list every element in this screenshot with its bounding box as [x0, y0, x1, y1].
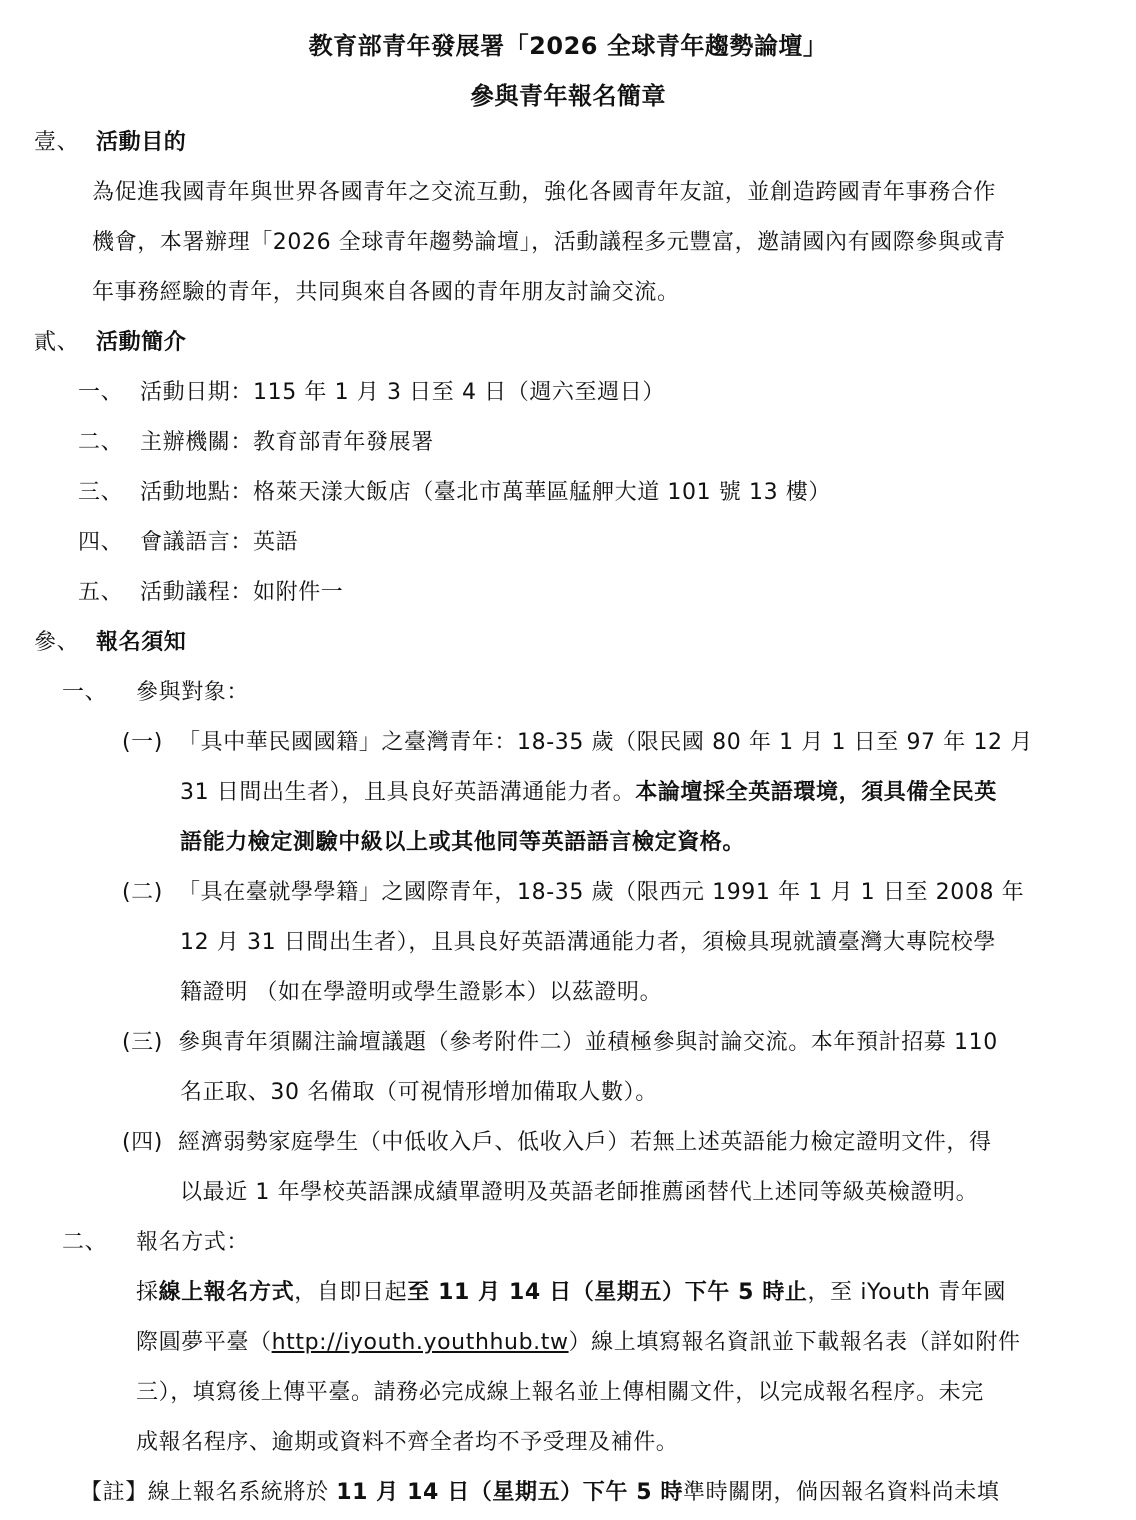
section-number: 壹、 — [34, 128, 96, 158]
subsection-heading: 二、報名方式： — [62, 1228, 249, 1258]
list-item-continuation: 語能力檢定測驗中級以上或其他同等英語語言檢定資格。 — [180, 828, 745, 858]
list-item: (四)經濟弱勢家庭學生（中低收入戶、低收入戶）若無上述英語能力檢定證明文件，得 — [122, 1128, 992, 1158]
registration-line: 採線上報名方式，自即日起至 11 月 14 日（星期五）下午 5 時止，至 iY… — [136, 1278, 1006, 1308]
list-item: (二)「具在臺就學學籍」之國際青年，18-35 歲（限西元 1991 年 1 月… — [122, 878, 1024, 908]
list-item: 五、活動議程：如附件一 — [78, 578, 343, 608]
list-item-continuation: 31 日間出生者），且具良好英語溝通能力者。本論壇採全英語環境，須具備全民英 — [180, 778, 997, 808]
deadline-note: 【註】線上報名系統將於 11 月 14 日（星期五）下午 5 時準時關閉，倘因報… — [80, 1478, 999, 1508]
document-subtitle: 參與青年報名簡章 — [0, 76, 1136, 111]
section-number: 貳、 — [34, 328, 96, 358]
registration-line: 成報名程序、逾期或資料不齊全者均不予受理及補件。 — [136, 1428, 678, 1458]
section-title: 報名須知 — [96, 630, 186, 655]
section-title: 活動簡介 — [96, 330, 186, 355]
list-item: 二、主辦機關：教育部青年發展署 — [78, 428, 434, 458]
iyouth-link[interactable]: http://iyouth.youthhub.tw — [272, 1330, 569, 1355]
paragraph-line: 機會，本署辦理「2026 全球青年趨勢論壇」，活動議程多元豐富，邀請國內有國際參… — [92, 228, 1006, 258]
list-item-continuation: 籍證明 （如在學證明或學生證影本）以茲證明。 — [180, 978, 662, 1008]
list-item-continuation: 以最近 1 年學校英語課成績單證明及英語老師推薦函替代上述同等級英檢證明。 — [180, 1178, 978, 1208]
section-1-heading: 壹、活動目的 — [34, 128, 186, 158]
section-number: 參、 — [34, 628, 96, 658]
section-2-heading: 貳、活動簡介 — [34, 328, 186, 358]
list-item: 一、活動日期：115 年 1 月 3 日至 4 日（週六至週日） — [78, 378, 665, 408]
section-title: 活動目的 — [96, 130, 186, 155]
paragraph-line: 年事務經驗的青年，共同與來自各國的青年朋友討論交流。 — [92, 278, 680, 308]
subsection-heading: 一、參與對象： — [62, 678, 249, 708]
list-item: 三、活動地點：格萊天漾大飯店（臺北市萬華區艋舺大道 101 號 13 樓） — [78, 478, 831, 508]
list-item-continuation: 名正取、30 名備取（可視情形增加備取人數）。 — [180, 1078, 658, 1108]
registration-line: 三），填寫後上傳平臺。請務必完成線上報名並上傳相關文件，以完成報名程序。未完 — [136, 1378, 984, 1408]
list-item-continuation: 12 月 31 日間出生者），且具良好英語溝通能力者，須檢具現就讀臺灣大專院校學 — [180, 928, 996, 958]
list-item: (三)參與青年須關注論壇議題（參考附件二）並積極參與討論交流。本年預計招募 11… — [122, 1028, 998, 1058]
document-page: 教育部青年發展署「2026 全球青年趨勢論壇」 參與青年報名簡章 壹、活動目的 … — [0, 0, 1136, 1520]
paragraph-line: 為促進我國青年與世界各國青年之交流互動，強化各國青年友誼，並創造跨國青年事務合作 — [92, 178, 996, 208]
section-3-heading: 參、報名須知 — [34, 628, 186, 658]
registration-line: 際圓夢平臺（http://iyouth.youthhub.tw）線上填寫報名資訊… — [136, 1328, 1021, 1358]
document-title: 教育部青年發展署「2026 全球青年趨勢論壇」 — [0, 26, 1136, 61]
list-item: (一)「具中華民國國籍」之臺灣青年：18-35 歲（限民國 80 年 1 月 1… — [122, 728, 1033, 758]
list-item: 四、會議語言：英語 — [78, 528, 298, 558]
